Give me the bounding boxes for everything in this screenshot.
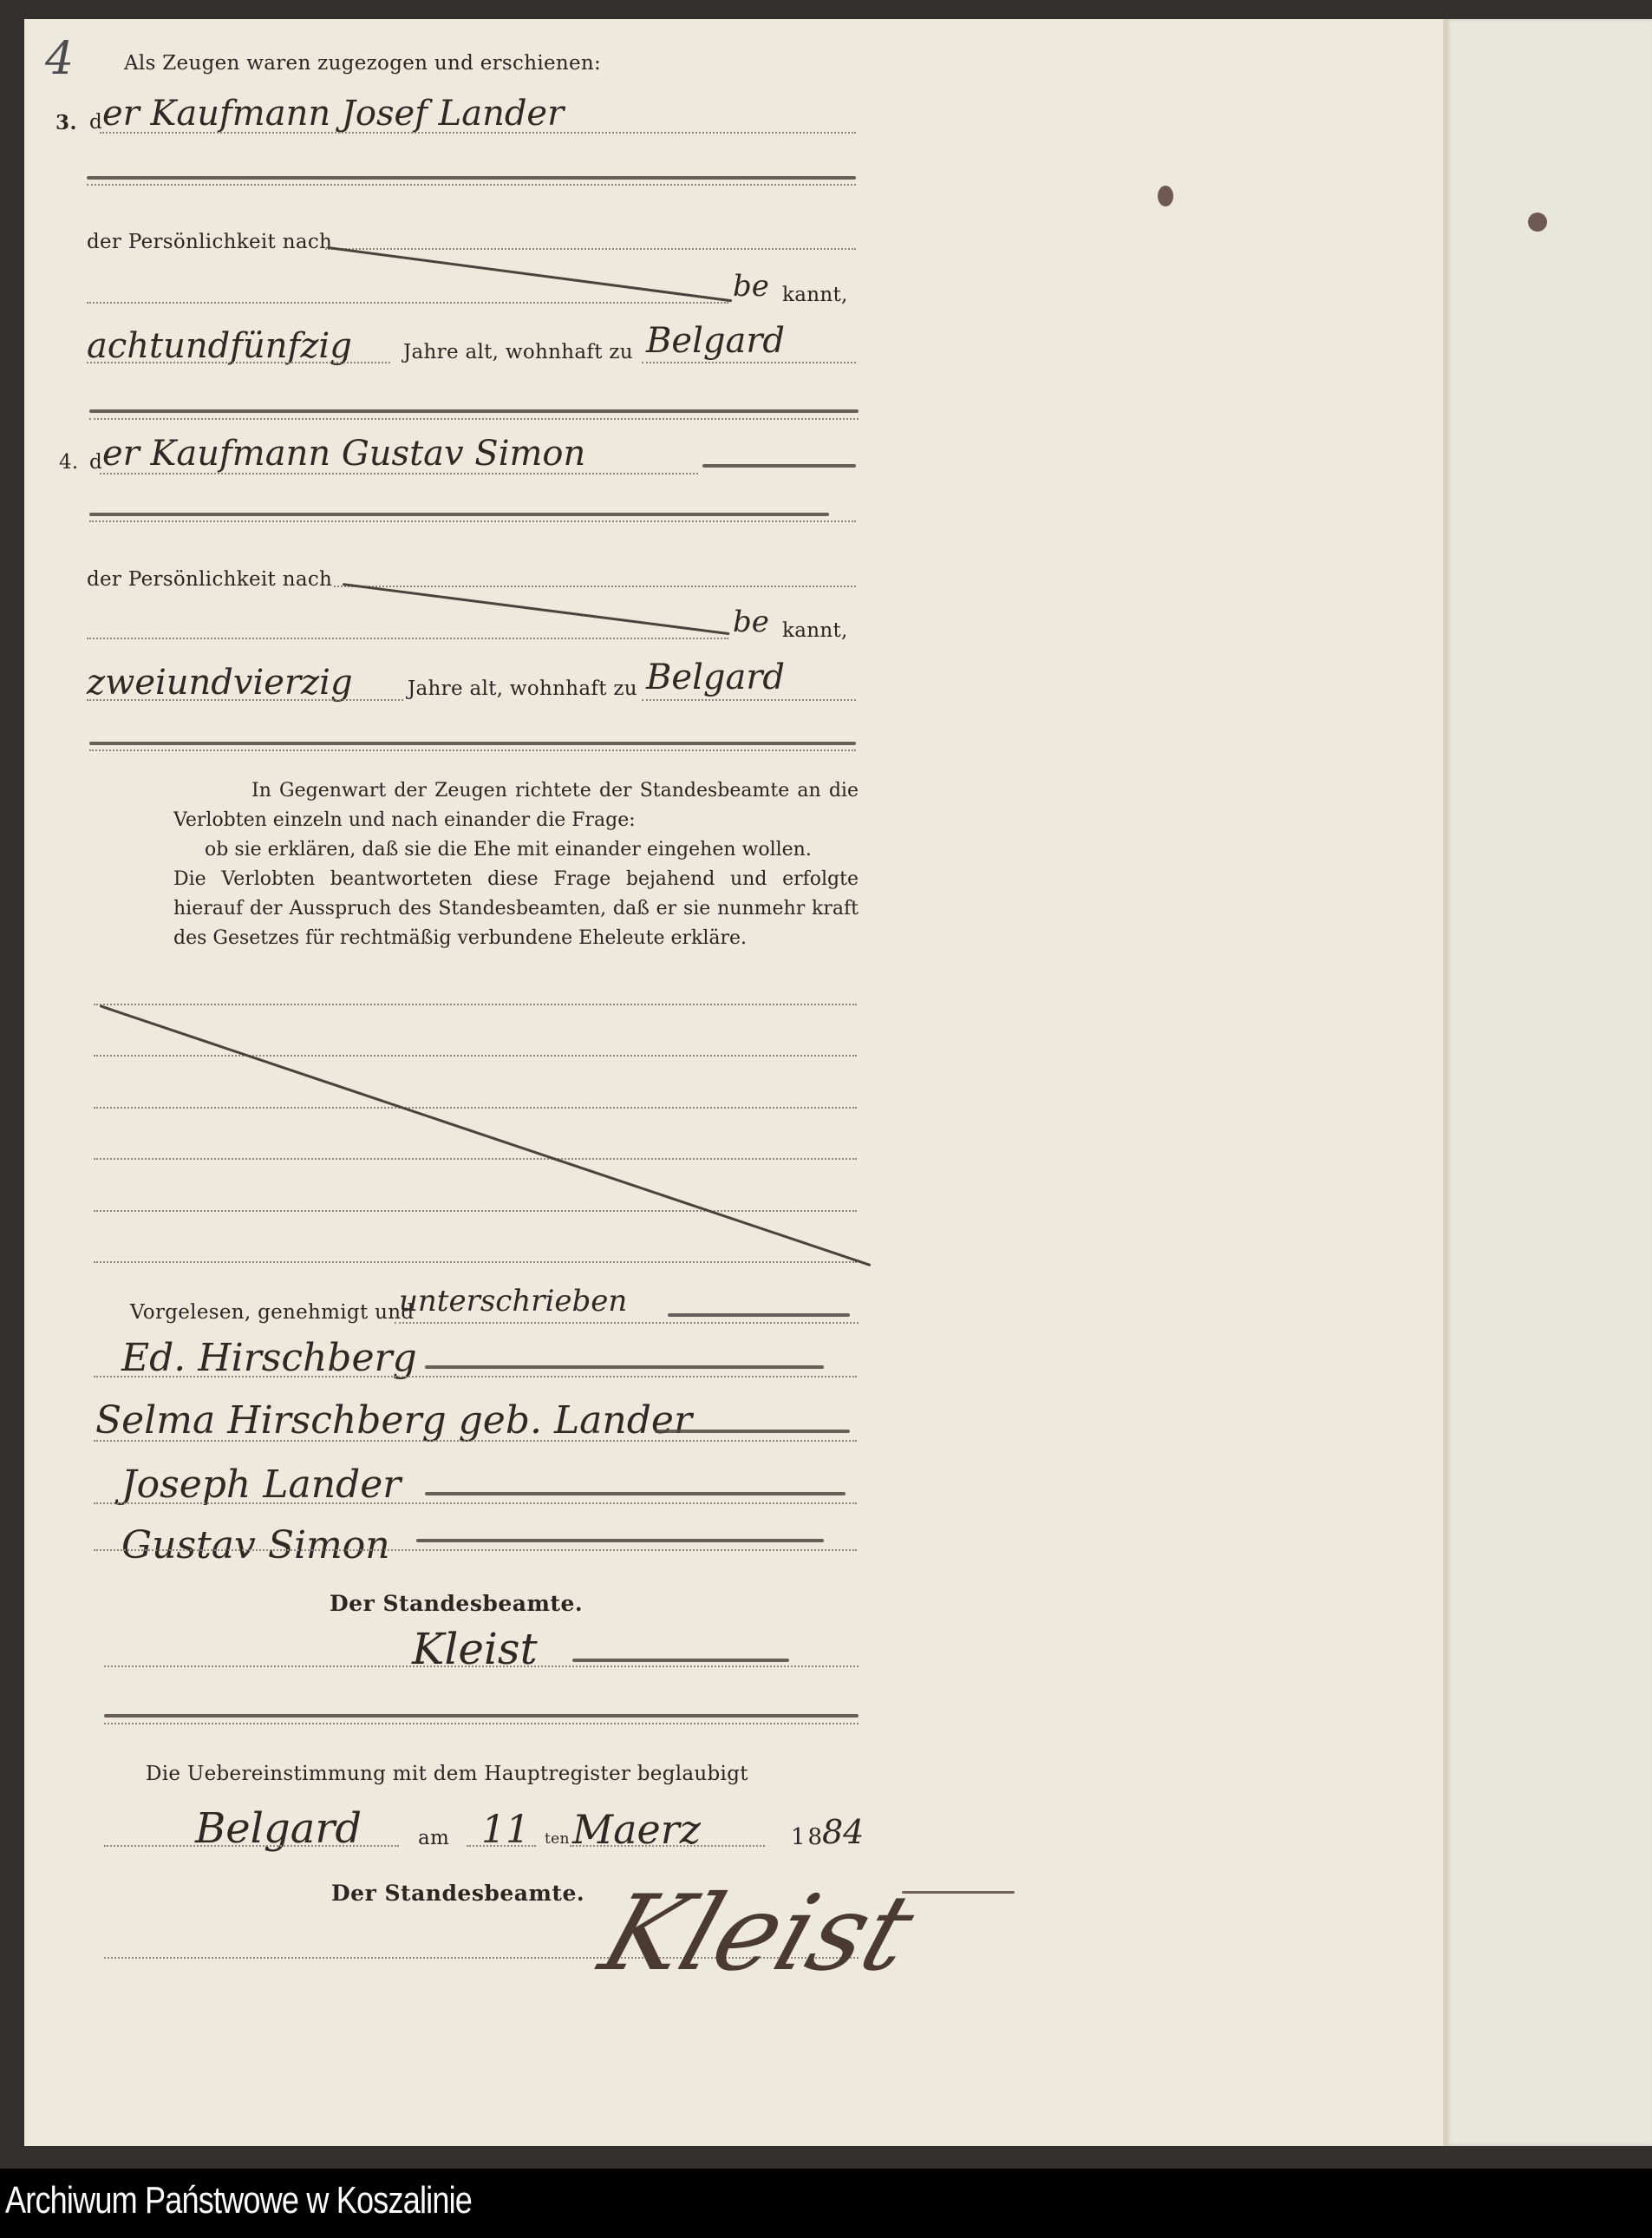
- dotted-line: [94, 1440, 857, 1442]
- rule-line: [572, 1659, 789, 1662]
- witness-4-residence: Belgard: [646, 658, 785, 697]
- dotted-line: [100, 132, 856, 134]
- witness-4-identity-label: der Persönlichkeit nach: [87, 568, 332, 591]
- paragraph-line: ob sie erklären, daß sie die Ehe mit ein…: [173, 835, 859, 865]
- signature-1: Ed. Hirschberg: [121, 1336, 417, 1380]
- witness-3-known-printed: kannt,: [782, 284, 848, 306]
- dotted-line: [94, 1376, 857, 1377]
- dotted-line: [87, 638, 728, 639]
- witness-4-age-label: Jahre alt, wohnhaft zu: [408, 677, 637, 700]
- dotted-line: [467, 1845, 536, 1847]
- dotted-line: [89, 520, 856, 522]
- rule-line: [89, 742, 856, 745]
- document-page-right: [1446, 19, 1652, 2146]
- rule-line: [668, 1313, 850, 1317]
- dotted-line: [94, 1502, 857, 1504]
- dotted-line: [94, 1549, 857, 1551]
- dotted-line: [642, 362, 856, 363]
- dotted-line: [87, 302, 728, 304]
- rule-line: [425, 1492, 846, 1495]
- witness-3-prefix: d: [89, 111, 102, 134]
- archive-footer: Archiwum Państwowe w Koszalinie: [0, 2169, 1652, 2238]
- dotted-line: [94, 1261, 857, 1263]
- rule-line: [702, 464, 856, 468]
- dotted-line: [87, 699, 403, 701]
- dotted-line: [89, 418, 859, 420]
- witness-4-known-printed: kannt,: [782, 619, 848, 642]
- witness-3-known-handwritten: be: [733, 269, 769, 304]
- witness-4-age: zweiundvierzig: [87, 663, 353, 703]
- rule-line: [416, 1539, 824, 1542]
- certification-am: am: [418, 1827, 449, 1849]
- rule-line: [89, 513, 829, 516]
- paragraph-line: hierauf der Ausspruch des Standesbeamten…: [173, 894, 859, 924]
- dotted-line: [104, 1665, 859, 1667]
- signature-2: Selma Hirschberg geb. Lander: [95, 1398, 692, 1443]
- witness-3-age-label: Jahre alt, wohnhaft zu: [403, 341, 633, 363]
- paragraph-line: Die Verlobten beantworteten diese Frage …: [173, 865, 859, 894]
- rule-line: [87, 176, 856, 180]
- dotted-line: [87, 184, 856, 186]
- witness-4-known-handwritten: be: [733, 605, 769, 639]
- signature-flourish: [902, 1891, 1015, 1894]
- dotted-line: [100, 473, 698, 474]
- witness-3-age: achtundfünfzig: [87, 326, 352, 366]
- signature-4: Gustav Simon: [121, 1523, 390, 1567]
- dotted-line: [104, 1723, 859, 1724]
- witness-3-number: 3.: [56, 111, 77, 134]
- dotted-line: [325, 248, 856, 250]
- registrar-title: Der Standesbeamte.: [330, 1591, 583, 1616]
- certification-text: Die Uebereinstimmung mit dem Hauptregist…: [146, 1763, 748, 1785]
- paragraph-line: In Gegenwart der Zeugen richtete der Sta…: [173, 776, 859, 806]
- declaration-paragraph: In Gegenwart der Zeugen richtete der Sta…: [173, 776, 859, 953]
- dotted-line: [395, 1322, 859, 1324]
- approval-label: Vorgelesen, genehmigt und: [130, 1301, 414, 1324]
- dotted-line: [94, 1055, 857, 1057]
- rule-line: [89, 409, 859, 413]
- dotted-line: [94, 1004, 857, 1005]
- dotted-line: [87, 362, 390, 363]
- witnesses-heading: Als Zeugen waren zugezogen und erschiene…: [124, 52, 601, 75]
- certification-registrar-title: Der Standesbeamte.: [331, 1881, 584, 1906]
- dotted-line: [89, 749, 856, 751]
- archive-name: Archiwum Państwowe w Koszalinie: [5, 2179, 472, 2222]
- certification-ten: ten: [545, 1830, 570, 1848]
- ink-spot: [1158, 186, 1173, 206]
- dotted-line: [334, 586, 856, 587]
- paragraph-line: des Gesetzes für rechtmäßig verbundene E…: [173, 924, 859, 953]
- dotted-line: [94, 1107, 857, 1109]
- witness-3-residence: Belgard: [646, 321, 785, 361]
- dotted-line: [570, 1845, 765, 1847]
- certification-year-handwritten: 84: [822, 1813, 864, 1851]
- dotted-line: [642, 699, 856, 701]
- rule-line: [425, 1365, 824, 1369]
- paragraph-line: Verlobten einzeln und nach einander die …: [173, 806, 859, 835]
- approval-handwritten: unterschrieben: [399, 1284, 627, 1319]
- signature-3: Joseph Lander: [121, 1463, 401, 1507]
- witness-4-prefix: d: [89, 451, 102, 474]
- page-number: 4: [45, 33, 74, 85]
- rule-line: [655, 1430, 850, 1433]
- certification-year-printed: 18: [791, 1824, 825, 1850]
- rule-line: [104, 1714, 859, 1718]
- witness-4-number: 4.: [59, 451, 79, 474]
- witness-3-name: er Kaufmann Josef Lander: [102, 94, 564, 134]
- page-fold: [1443, 19, 1446, 2146]
- witness-4-name: er Kaufmann Gustav Simon: [102, 434, 585, 474]
- dotted-line: [104, 1845, 399, 1847]
- dotted-line: [94, 1210, 857, 1212]
- witness-3-identity-label: der Persönlichkeit nach: [87, 231, 332, 253]
- certification-signature: Kleist: [587, 1874, 927, 1994]
- ink-spot: [1528, 213, 1547, 232]
- dotted-line: [94, 1158, 857, 1160]
